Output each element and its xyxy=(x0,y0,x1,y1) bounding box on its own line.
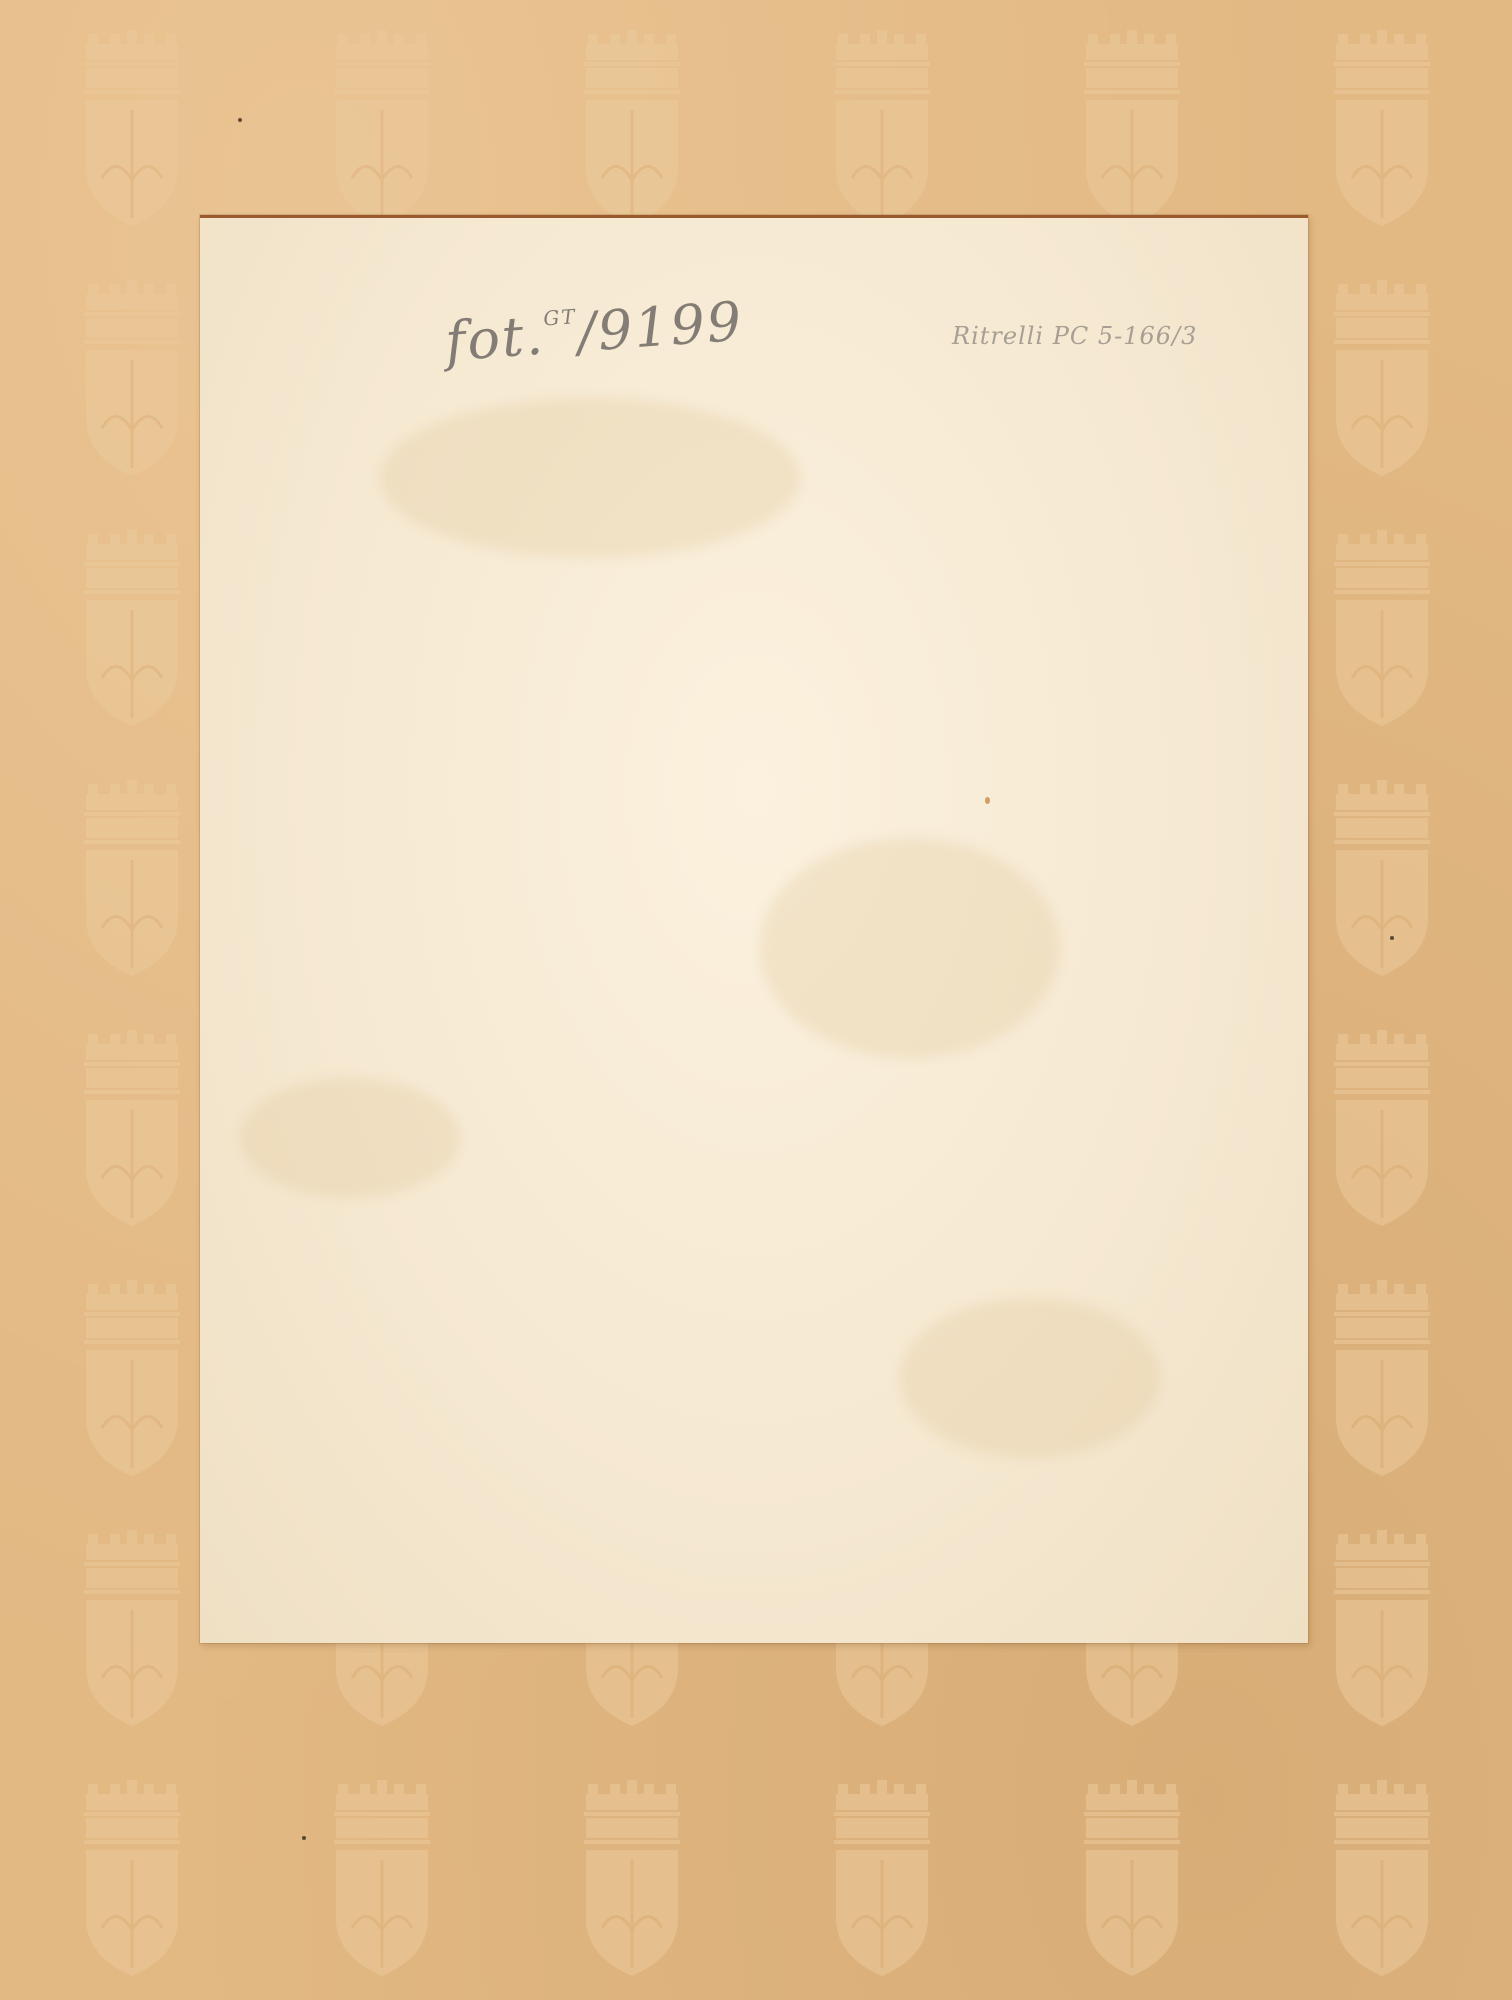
coat-of-arms-watermark-icon xyxy=(80,778,184,978)
coat-of-arms-watermark-icon xyxy=(1330,28,1434,228)
coat-of-arms-watermark-icon xyxy=(330,1778,434,1978)
coat-of-arms-watermark-icon xyxy=(330,28,434,228)
paper-stain xyxy=(240,1078,460,1198)
coat-of-arms-watermark-icon xyxy=(1330,278,1434,478)
coat-of-arms-watermark-icon xyxy=(1080,1778,1184,1978)
paper-stain xyxy=(380,398,800,558)
coat-of-arms-watermark-icon xyxy=(1330,1528,1434,1728)
coat-of-arms-watermark-icon xyxy=(830,28,934,228)
coat-of-arms-watermark-icon xyxy=(580,1778,684,1978)
coat-of-arms-watermark-icon xyxy=(1330,1778,1434,1978)
coat-of-arms-watermark-icon xyxy=(80,1778,184,1978)
dust-speck xyxy=(1390,936,1394,940)
paper-stain xyxy=(760,838,1060,1058)
coat-of-arms-watermark-icon xyxy=(80,1278,184,1478)
coat-of-arms-watermark-icon xyxy=(80,1028,184,1228)
inventory-number: 9199 xyxy=(596,290,745,363)
mount-board: fot.GT/9199 Ritrelli PC 5-166/3 xyxy=(0,0,1512,2000)
paper-stain xyxy=(900,1298,1160,1458)
coat-of-arms-watermark-icon xyxy=(1080,28,1184,228)
inventory-superscript: GT xyxy=(543,304,578,330)
photo-paper-back xyxy=(200,215,1308,1643)
coat-of-arms-watermark-icon xyxy=(580,28,684,228)
coat-of-arms-watermark-icon xyxy=(1330,778,1434,978)
coat-of-arms-watermark-icon xyxy=(80,1528,184,1728)
paper-spot xyxy=(985,797,990,804)
coat-of-arms-watermark-icon xyxy=(830,1778,934,1978)
coat-of-arms-watermark-icon xyxy=(1330,1278,1434,1478)
coat-of-arms-watermark-icon xyxy=(80,528,184,728)
coat-of-arms-watermark-icon xyxy=(1330,528,1434,728)
dust-speck xyxy=(302,1836,306,1840)
coat-of-arms-watermark-icon xyxy=(80,278,184,478)
coat-of-arms-watermark-icon xyxy=(1330,1028,1434,1228)
archive-reference-note: Ritrelli PC 5-166/3 xyxy=(952,322,1197,350)
coat-of-arms-watermark-icon xyxy=(80,28,184,228)
dust-speck xyxy=(238,118,242,122)
inventory-prefix: fot. xyxy=(443,304,547,374)
